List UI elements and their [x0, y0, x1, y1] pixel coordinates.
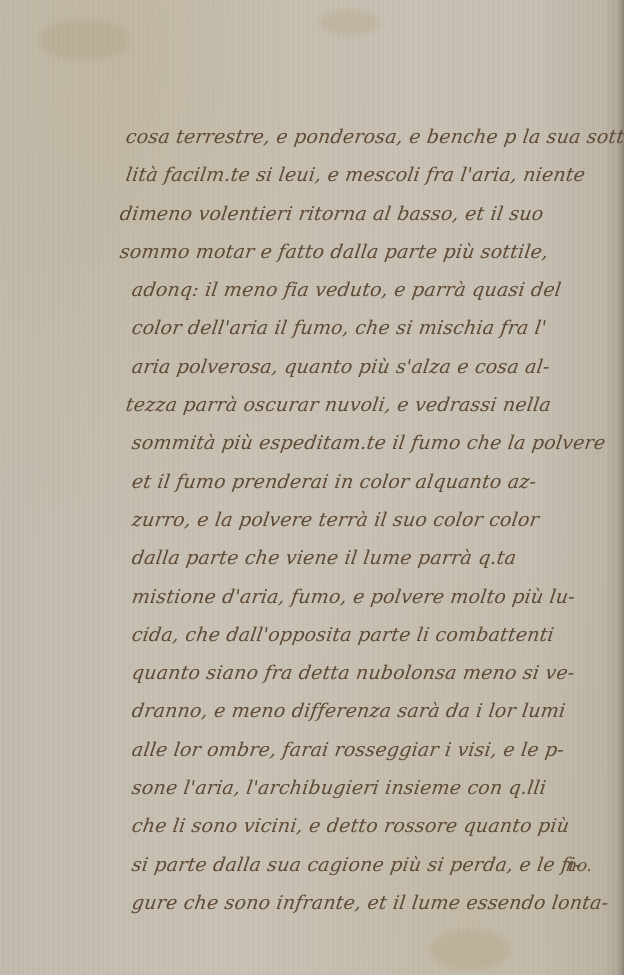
manuscript-line: gure che sono infrante, et il lume essen… [129, 884, 624, 922]
paper-stain [320, 10, 380, 35]
manuscript-line: quanto siano fra detta nubolonsa meno si… [129, 654, 624, 692]
manuscript-line: et il fumo prenderai in color alquanto a… [129, 463, 624, 501]
catchword: no. [565, 856, 594, 876]
manuscript-line: aria polverosa, quanto più s'alza e cosa… [129, 348, 624, 386]
manuscript-page: cosa terrestre, e ponderosa, e benche p … [0, 0, 624, 975]
manuscript-line: che li sono vicini, e detto rossore quan… [129, 807, 624, 845]
manuscript-line: sommità più espeditam.te il fumo che la … [129, 424, 624, 462]
manuscript-line: alle lor ombre, farai rosseggiar i visi,… [129, 731, 624, 769]
manuscript-line: color dell'aria il fumo, che si mischia … [129, 309, 624, 347]
manuscript-line: dimeno volentieri ritorna al basso, et i… [117, 195, 624, 233]
manuscript-line: dranno, e meno differenza sarà da i lor … [129, 692, 624, 730]
manuscript-line: sommo motar e fatto dalla parte più sott… [117, 233, 624, 271]
manuscript-line: mistione d'aria, fumo, e polvere molto p… [129, 578, 624, 616]
manuscript-line: tezza parrà oscurar nuvoli, e vedrassi n… [123, 386, 624, 424]
manuscript-line: cida, che dall'opposita parte li combatt… [129, 616, 624, 654]
manuscript-line: dalla parte che viene il lume parrà q.ta [129, 539, 624, 577]
manuscript-line: adonq: il meno fia veduto, e parrà quasi… [129, 271, 624, 309]
manuscript-line: cosa terrestre, e ponderosa, e benche p … [123, 118, 624, 156]
manuscript-line: zurro, e la polvere terrà il suo color c… [129, 501, 624, 539]
manuscript-line: si parte dalla sua cagione più si perda,… [129, 846, 624, 884]
manuscript-line: sone l'aria, l'archibugieri insieme con … [129, 769, 624, 807]
paper-stain [430, 930, 510, 970]
paper-stain [40, 20, 130, 60]
handwritten-text-block: cosa terrestre, e ponderosa, e benche p … [124, 118, 624, 922]
manuscript-line: lità facilm.te si leui, e mescoli fra l'… [123, 156, 624, 194]
